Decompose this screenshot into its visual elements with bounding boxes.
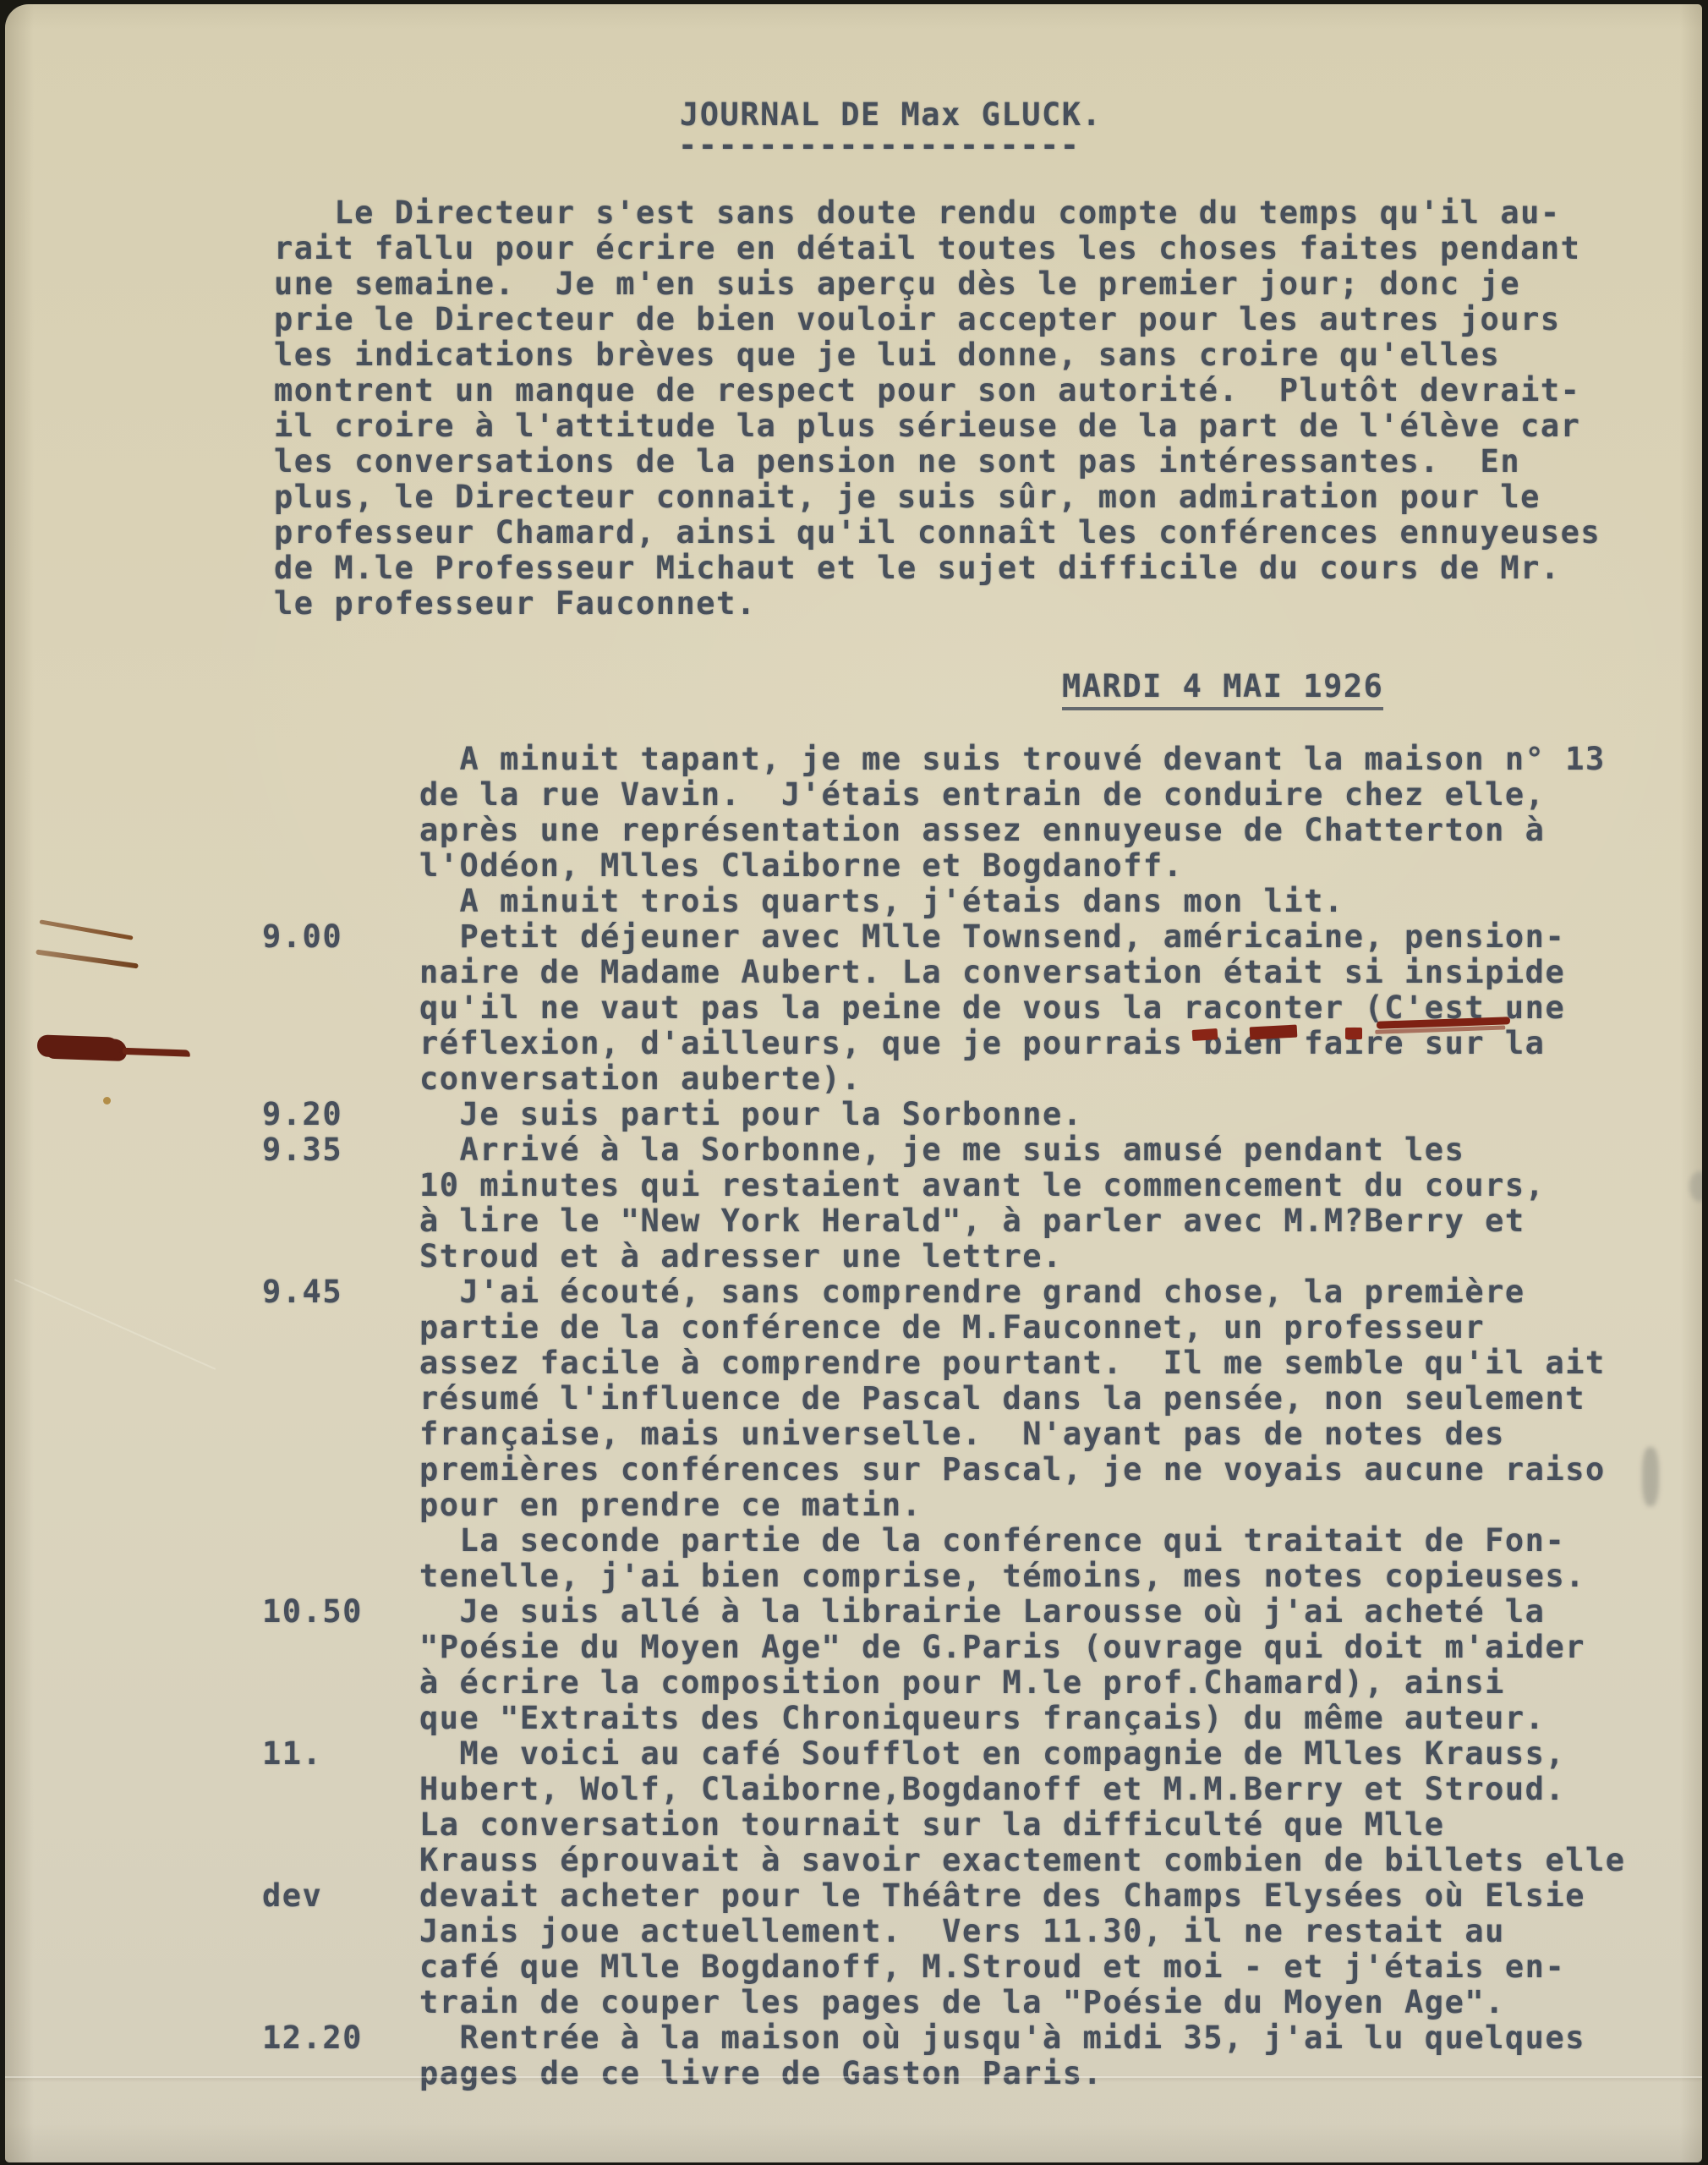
entry-time-label <box>262 813 419 848</box>
entry-time-label <box>262 1772 419 1807</box>
entry-text: Petit déjeuner avec Mlle Townsend, améri… <box>419 919 1565 955</box>
entry-line: 9.45 J'ai écouté, sans comprendre grand … <box>262 1274 1626 1310</box>
entry-line: A minuit trois quarts, j'étais dans mon … <box>262 884 1626 919</box>
entry-time-label: 12.20 <box>262 2020 419 2056</box>
entry-text: Je suis parti pour la Sorbonne. <box>419 1097 1083 1132</box>
entry-line: assez facile à comprendre pourtant. Il m… <box>262 1346 1626 1381</box>
entry-text: premières conférences sur Pascal, je ne … <box>419 1452 1606 1488</box>
entry-line: 10 minutes qui restaient avant le commen… <box>262 1168 1626 1203</box>
entry-line: l'Odéon, Mlles Claiborne et Bogdanoff. <box>262 848 1626 884</box>
entry-time-label <box>262 1665 419 1701</box>
entry-text: l'Odéon, Mlles Claiborne et Bogdanoff. <box>419 848 1183 884</box>
entry-line: pour en prendre ce matin. <box>262 1488 1626 1523</box>
entry-line: train de couper les pages de la "Poésie … <box>262 1985 1626 2020</box>
entry-text: française, mais universelle. N'ayant pas… <box>419 1417 1505 1452</box>
entry-text: réflexion, d'ailleurs, que je pourrais b… <box>419 1026 1545 1061</box>
entry-text: Stroud et à adresser une lettre. <box>419 1239 1063 1274</box>
entry-line: qu'il ne vaut pas la peine de vous la ra… <box>262 990 1626 1026</box>
entry-time-label <box>262 1843 419 1878</box>
entry-line: 11. Me voici au café Soufflot en compagn… <box>262 1736 1626 1772</box>
entry-text: à lire le "New York Herald", à parler av… <box>419 1203 1525 1239</box>
entry-line: française, mais universelle. N'ayant pas… <box>262 1417 1626 1452</box>
entry-time-label <box>262 1452 419 1488</box>
entry-line: résumé l'influence de Pascal dans la pen… <box>262 1381 1626 1417</box>
entry-line: pages de ce livre de Gaston Paris. <box>262 2056 1626 2091</box>
entry-time-label <box>262 1026 419 1061</box>
entry-line: Janis joue actuellement. Vers 11.30, il … <box>262 1914 1626 1949</box>
margin-pen-stroke <box>36 950 139 969</box>
entry-text: devait acheter pour le Théâtre des Champ… <box>419 1878 1585 1914</box>
entry-text: A minuit trois quarts, j'étais dans mon … <box>419 884 1344 919</box>
entry-time-label: 10.50 <box>262 1594 419 1630</box>
entry-line: A minuit tapant, je me suis trouvé devan… <box>262 742 1626 777</box>
entry-time-label <box>262 1346 419 1381</box>
intro-text-line: il croire à l'attitude la plus sérieuse … <box>274 408 1601 444</box>
entry-time-label: 9.35 <box>262 1132 419 1168</box>
intro-paragraph: Le Directeur s'est sans doute rendu comp… <box>274 195 1601 622</box>
entry-text: que "Extraits des Chroniqueurs français)… <box>419 1701 1545 1736</box>
margin-ink-blot <box>37 1034 121 1059</box>
entry-line: à écrire la composition pour M.le prof.C… <box>262 1665 1626 1701</box>
paper-crease <box>14 1279 216 1370</box>
entry-time-label <box>262 1523 419 1559</box>
entry-line: "Poésie du Moyen Age" de G.Paris (ouvrag… <box>262 1630 1626 1665</box>
entry-text: partie de la conférence de M.Fauconnet, … <box>419 1310 1485 1346</box>
intro-text-line: professeur Chamard, ainsi qu'il connaît … <box>274 515 1601 551</box>
margin-ink-dot <box>103 1097 111 1104</box>
entry-text: conversation auberte). <box>419 1061 862 1097</box>
entry-time-label <box>262 1168 419 1203</box>
entry-text: assez facile à comprendre pourtant. Il m… <box>419 1346 1606 1381</box>
intro-text-line: le professeur Fauconnet. <box>274 586 1601 622</box>
entry-line: réflexion, d'ailleurs, que je pourrais b… <box>262 1026 1626 1061</box>
entry-text: La conversation tournait sur la difficul… <box>419 1807 1445 1843</box>
entry-text: Krauss éprouvait à savoir exactement com… <box>419 1843 1626 1878</box>
entry-line: premières conférences sur Pascal, je ne … <box>262 1452 1626 1488</box>
entry-time-label: 9.20 <box>262 1097 419 1132</box>
margin-pen-stroke <box>39 919 133 940</box>
entry-time-label <box>262 1310 419 1346</box>
intro-text-line: les indications brèves que je lui donne,… <box>274 337 1601 373</box>
entry-time-label: 11. <box>262 1736 419 1772</box>
intro-text-line: prie le Directeur de bien vouloir accept… <box>274 302 1601 337</box>
entry-text: La seconde partie de la conférence qui t… <box>419 1523 1565 1559</box>
entry-text: "Poésie du Moyen Age" de G.Paris (ouvrag… <box>419 1630 1585 1665</box>
entry-line: après une représentation assez ennuyeuse… <box>262 813 1626 848</box>
entry-time-label <box>262 990 419 1026</box>
entry-time-label <box>262 777 419 813</box>
entry-time-label <box>262 848 419 884</box>
entry-line: 9.00 Petit déjeuner avec Mlle Townsend, … <box>262 919 1626 955</box>
entry-text: de la rue Vavin. J'étais entrain de cond… <box>419 777 1545 813</box>
entry-line: partie de la conférence de M.Fauconnet, … <box>262 1310 1626 1346</box>
entry-line: La seconde partie de la conférence qui t… <box>262 1523 1626 1559</box>
entry-text: Je suis allé à la librairie Larousse où … <box>419 1594 1545 1630</box>
entry-time-label <box>262 1914 419 1949</box>
title-underline: -------------------- <box>678 128 1081 163</box>
entry-time-label: dev <box>262 1878 419 1914</box>
entry-text: résumé l'influence de Pascal dans la pen… <box>419 1381 1585 1417</box>
entry-line: Krauss éprouvait à savoir exactement com… <box>262 1843 1626 1878</box>
entry-text: pages de ce livre de Gaston Paris. <box>419 2056 1103 2091</box>
entry-line: à lire le "New York Herald", à parler av… <box>262 1203 1626 1239</box>
entry-line: 10.50 Je suis allé à la librairie Larous… <box>262 1594 1626 1630</box>
entry-text: naire de Madame Aubert. La conversation … <box>419 955 1565 990</box>
entry-text: A minuit tapant, je me suis trouvé devan… <box>419 742 1606 777</box>
entry-text: train de couper les pages de la "Poésie … <box>419 1985 1505 2020</box>
entry-time-label <box>262 2056 419 2091</box>
intro-text-line: Le Directeur s'est sans doute rendu comp… <box>274 195 1601 231</box>
entry-time-label <box>262 1701 419 1736</box>
entry-time-label <box>262 1417 419 1452</box>
entry-text: J'ai écouté, sans comprendre grand chose… <box>419 1274 1525 1310</box>
entry-line: 12.20 Rentrée à la maison où jusqu'à mid… <box>262 2020 1626 2056</box>
entry-line: Hubert, Wolf, Claiborne,Bogdanoff et M.M… <box>262 1772 1626 1807</box>
entry-text: Me voici au café Soufflot en compagnie d… <box>419 1736 1565 1772</box>
entry-time-label <box>262 884 419 919</box>
scanned-page: JOURNAL DE Max GLUCK. ------------------… <box>5 4 1702 2162</box>
intro-text-line: rait fallu pour écrire en détail toutes … <box>274 231 1601 266</box>
entry-time-label: 9.45 <box>262 1274 419 1310</box>
intro-text-line: les conversations de la pension ne sont … <box>274 444 1601 480</box>
entry-text: 10 minutes qui restaient avant le commen… <box>419 1168 1545 1203</box>
entry-time-label <box>262 1488 419 1523</box>
section-heading-date: MARDI 4 MAI 1926 <box>1062 669 1383 710</box>
entry-line: 9.35 Arrivé à la Sorbonne, je me suis am… <box>262 1132 1626 1168</box>
entry-time-label <box>262 1559 419 1594</box>
entry-text: tenelle, j'ai bien comprise, témoins, me… <box>419 1559 1585 1594</box>
entry-line: La conversation tournait sur la difficul… <box>262 1807 1626 1843</box>
entry-time-label <box>262 1239 419 1274</box>
entry-text: qu'il ne vaut pas la peine de vous la ra… <box>419 990 1565 1026</box>
edge-smudge <box>1642 1447 1659 1506</box>
entry-line: de la rue Vavin. J'étais entrain de cond… <box>262 777 1626 813</box>
entry-text: Rentrée à la maison où jusqu'à midi 35, … <box>419 2020 1585 2056</box>
entry-text: Janis joue actuellement. Vers 11.30, il … <box>419 1914 1505 1949</box>
entry-line: 9.20 Je suis parti pour la Sorbonne. <box>262 1097 1626 1132</box>
intro-text-line: plus, le Directeur connait, je suis sûr,… <box>274 480 1601 515</box>
entry-text: pour en prendre ce matin. <box>419 1488 922 1523</box>
entry-text: Hubert, Wolf, Claiborne,Bogdanoff et M.M… <box>419 1772 1565 1807</box>
entry-text: à écrire la composition pour M.le prof.C… <box>419 1665 1505 1701</box>
entry-line: dev devait acheter pour le Théâtre des C… <box>262 1878 1626 1914</box>
entry-line: conversation auberte). <box>262 1061 1626 1097</box>
entry-time-label <box>262 1061 419 1097</box>
entry-time-label <box>262 1630 419 1665</box>
journal-entries: A minuit tapant, je me suis trouvé devan… <box>262 742 1626 2091</box>
intro-text-line: de M.le Professeur Michaut et le sujet d… <box>274 551 1601 586</box>
intro-text-line: une semaine. Je m'en suis aperçu dès le … <box>274 266 1601 302</box>
edge-smudge <box>1689 1171 1702 1202</box>
entry-text: après une représentation assez ennuyeuse… <box>419 813 1545 848</box>
entry-time-label <box>262 955 419 990</box>
entry-text: Arrivé à la Sorbonne, je me suis amusé p… <box>419 1132 1464 1168</box>
entry-time-label <box>262 1807 419 1843</box>
entry-line: tenelle, j'ai bien comprise, témoins, me… <box>262 1559 1626 1594</box>
entry-time-label <box>262 742 419 777</box>
entry-line: naire de Madame Aubert. La conversation … <box>262 955 1626 990</box>
entry-line: que "Extraits des Chroniqueurs français)… <box>262 1701 1626 1736</box>
entry-line: café que Mlle Bogdanoff, M.Stroud et moi… <box>262 1949 1626 1985</box>
entry-time-label <box>262 1985 419 2020</box>
entry-time-label <box>262 1203 419 1239</box>
intro-text-line: montrent un manque de respect pour son a… <box>274 373 1601 408</box>
entry-time-label <box>262 1381 419 1417</box>
entry-time-label <box>262 1949 419 1985</box>
entry-line: Stroud et à adresser une lettre. <box>262 1239 1626 1274</box>
entry-text: café que Mlle Bogdanoff, M.Stroud et moi… <box>419 1949 1565 1985</box>
entry-time-label: 9.00 <box>262 919 419 955</box>
